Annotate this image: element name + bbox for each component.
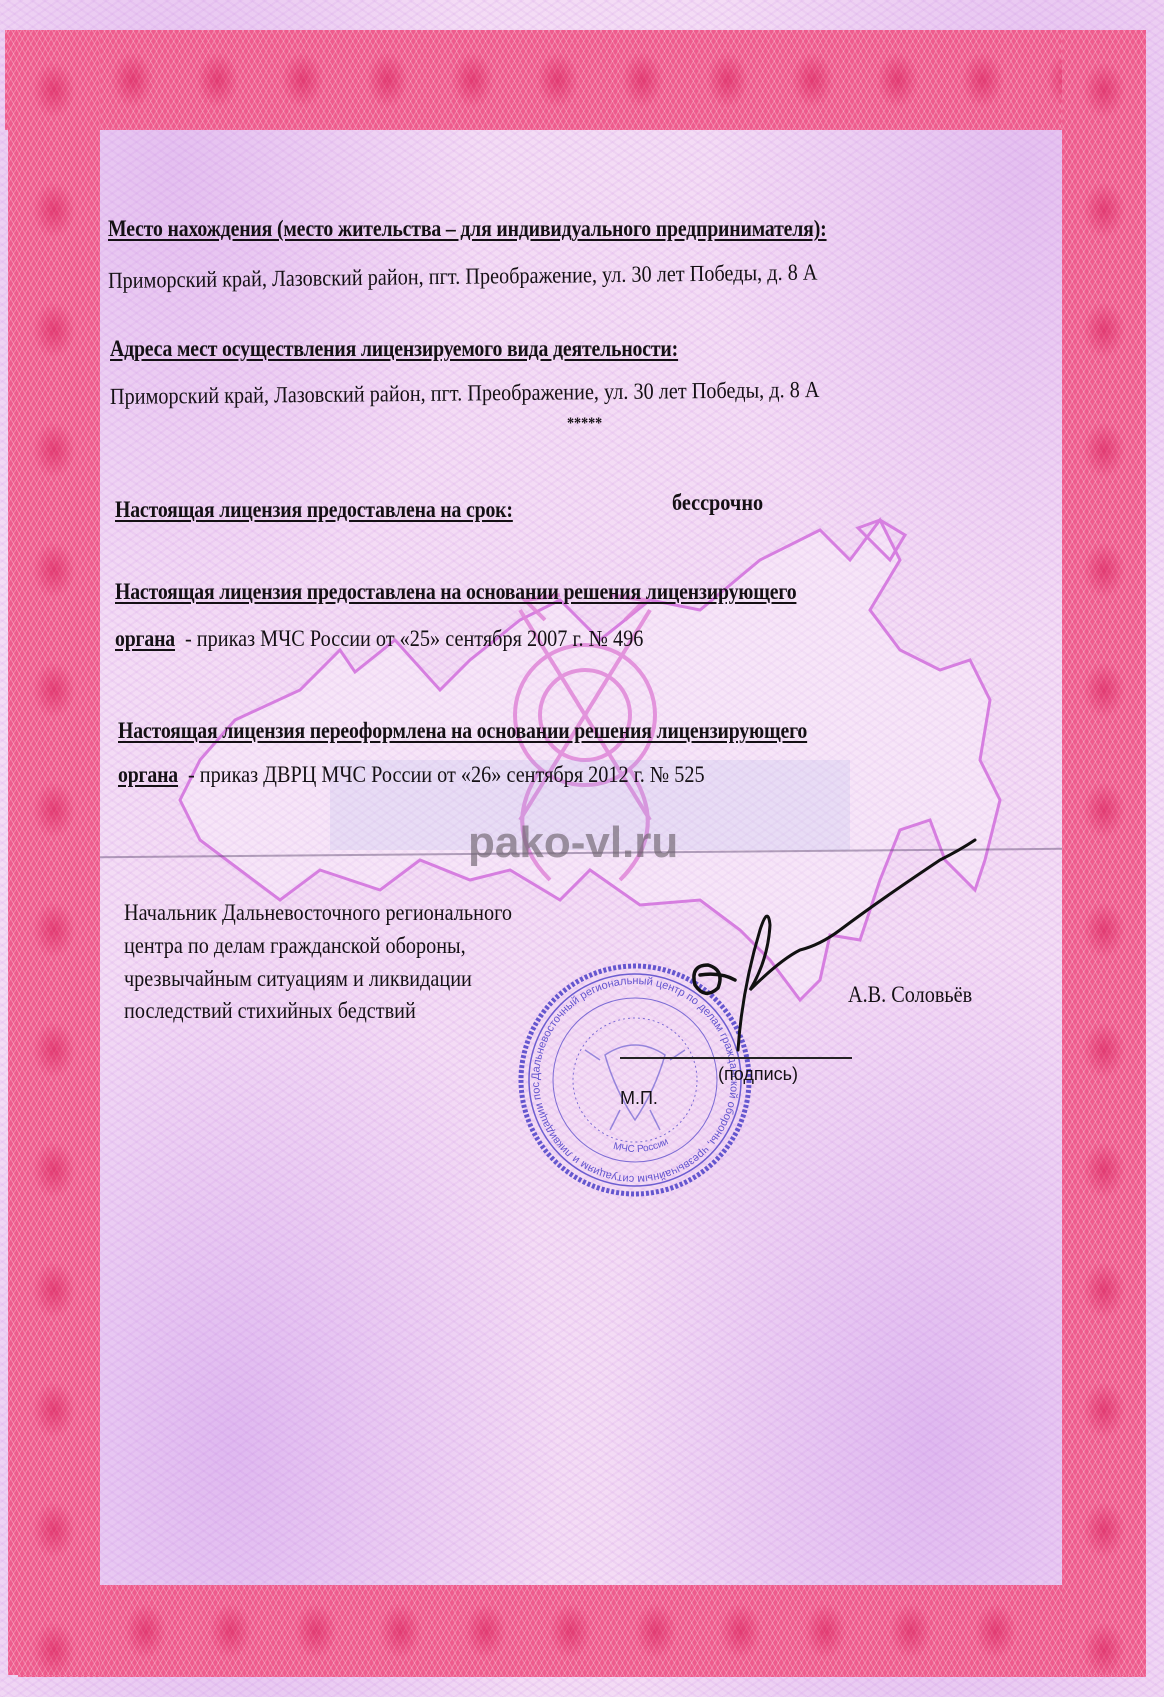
border-bottom <box>18 1585 1146 1677</box>
border-right <box>1062 30 1146 1675</box>
official-title-line-3: чрезвычайным ситуациям и ликвидации <box>124 966 472 992</box>
seal-label: М.П. <box>620 1088 658 1109</box>
official-title-line-1: Начальник Дальневосточного регионального <box>124 900 512 926</box>
svg-text:МЧС России: МЧС России <box>612 1136 670 1155</box>
location-heading: Место нахождения (место жительства – для… <box>108 216 827 242</box>
signature-label: (подпись) <box>718 1064 798 1085</box>
separator-stars: ***** <box>567 415 602 433</box>
official-title-line-4: последствий стихийных бедствий <box>124 998 416 1024</box>
granted-heading-2: органа <box>115 626 175 652</box>
reissued-heading: Настоящая лицензия переоформлена на осно… <box>118 718 807 744</box>
official-name: А.В. Соловьёв <box>848 982 972 1008</box>
term-heading: Настоящая лицензия предоставлена на срок… <box>115 497 513 523</box>
border-top <box>5 30 1145 130</box>
reissued-order: - приказ ДВРЦ МЧС России от «26» сентябр… <box>188 762 705 788</box>
term-value: бессрочно <box>672 490 763 516</box>
official-title-line-2: центра по делам гражданской обороны, <box>124 933 466 959</box>
reissued-heading-2: органа <box>118 762 178 788</box>
granted-line: органа - приказ МЧС России от «25» сентя… <box>115 626 706 652</box>
watermark: pako-vl.ru <box>468 818 678 868</box>
border-left <box>8 30 100 1675</box>
reissued-line: органа - приказ ДВРЦ МЧС России от «26» … <box>118 762 775 788</box>
activity-heading: Адреса мест осуществления лицензируемого… <box>110 336 678 362</box>
granted-order: - приказ МЧС России от «25» сентября 200… <box>185 626 643 652</box>
granted-heading: Настоящая лицензия предоставлена на осно… <box>115 579 796 605</box>
signature-line <box>620 1057 852 1059</box>
stamp-inner-text: МЧС России <box>612 1136 670 1155</box>
